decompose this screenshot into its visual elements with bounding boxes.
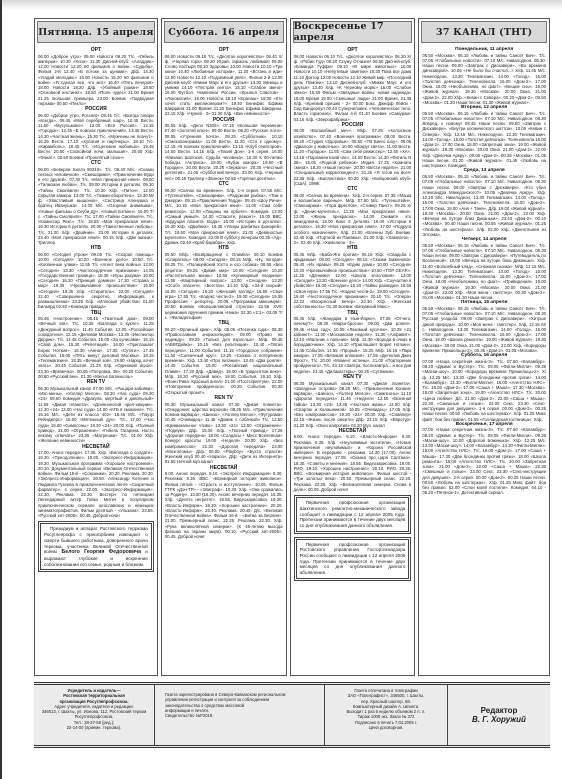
day-header: 37 КАНАЛ (ТНТ) [421, 21, 547, 43]
column-friday: Пятница. 15 апреля ОРТ 06.00 «Доброе утр… [34, 18, 158, 676]
obituary-notice: Президиум и аппарат Ростовского терркома… [38, 521, 154, 572]
column-channel-37-tnt: 37 КАНАЛ (ТНТ) Понедельник, 11 апреля 05… [418, 18, 550, 676]
program-list: 06.20 «Орлиный крик». Х/ф. 08.05 «Песенк… [165, 327, 283, 395]
program-list: 05.50 «Москва». 06.15 «Любовь и тайны Са… [422, 53, 546, 106]
schedule-body: Понедельник, 11 апреля 05.50 «Москва». 0… [419, 45, 549, 496]
printing-line: Цена договорная. [329, 725, 443, 730]
founder-line: 22-14-00 (приемн. теркома). [38, 725, 150, 730]
editor-title: Редактор [481, 706, 518, 715]
program-list: 06.00 «Скачок во времени». Х/ф. 2-я сери… [294, 193, 412, 246]
program-list: 05.50 «Москва». 06.15 «Любовь и тайны Са… [422, 111, 546, 169]
registration-line: Свидетельство №Р2019. [165, 713, 320, 718]
program-list: 06.00 Новости 06.10 Т/с. «Десятое короле… [165, 54, 283, 117]
program-list: 05.50 «Москва». 06.15 «Любовь и тайны Са… [422, 306, 546, 353]
liquidation-notice: Первичная профсоюзная организация Шахтин… [294, 495, 412, 534]
program-list: 05.45 Х/ф. «Жандарм в Нью-Йорке». 07.35 … [294, 316, 412, 374]
founder-info: Учредитель и издатель— Ростовская террит… [34, 685, 155, 745]
registration-info: Газета зарегистрирована в Северо-Кавказс… [155, 685, 325, 745]
program-list: 06.00 «Беверли Хиллз 90210». Т/с. 06.40 … [38, 167, 154, 246]
program-list: 9.00. Анонс передач. 9.10. «Экспресс-Инф… [165, 471, 283, 539]
program-list: 17.00. Анонс передач. 17.05. Х/ф. «Балла… [38, 450, 154, 518]
program-list: 06.30 Музыкальный канал 07.30 «Дикая пла… [294, 381, 412, 428]
program-list: 05.45 М/ф. «Баба-Яга против» 06.15 Х/ф. … [294, 252, 412, 310]
tv-schedule-columns: Пятница. 15 апреля ОРТ 06.00 «Доброе утр… [34, 18, 550, 676]
program-list: 05.50 М/ф. «Возвращение с Олимпа» 06.10 … [165, 252, 283, 320]
program-list: 06.30 Музыкальный канал 07.00 М/с. «Рыца… [38, 386, 154, 444]
program-list: 05.50 «Москва». 06.15 «Любовь и тайны Са… [422, 174, 546, 237]
printing-info: Газета отпечатана в типографии ЗАО «Поли… [325, 685, 448, 745]
program-list: 06.00 «Доброе утро» 09.00 Новости 09.20 … [38, 54, 154, 107]
imprint-footer: Учредитель и издатель— Ростовская террит… [34, 682, 550, 748]
day-header: Суббота. 16 апреля [164, 21, 284, 43]
program-list: 06.00 «Волшебный меч». М/ф. 07.25 «Колхо… [294, 128, 412, 186]
column-saturday: Суббота. 16 апреля ОРТ 06.00 Новости 06.… [161, 18, 287, 676]
program-list: 05.50 «Москва». 06.15 «Любовь и тайны Са… [422, 243, 546, 301]
program-list: 06.00 «Скачок во времени». Х/ф. 1-я сери… [165, 188, 283, 246]
editor-info: Редактор В. Г. Хоружий [448, 685, 550, 745]
liquidation-notice: Первичная профсоюзная организация Ростов… [294, 537, 412, 581]
schedule-body: ОРТ 06.00 Новости 06.10 Т/с. «Десятое ко… [291, 45, 415, 492]
schedule-body: ОРТ 06.00 «Доброе утро» 09.00 Новости 09… [35, 45, 157, 518]
program-list: 06.30 Музыкальный канал 07.30 «Дикая пла… [165, 402, 283, 465]
program-list: 06.00 «Доброе утро, Россия!» 08.45 Т/с. … [38, 113, 154, 160]
column-sunday: Воскресенье 17 апреля ОРТ 06.00 Новости … [290, 18, 416, 676]
page-top-shadow [0, 0, 562, 10]
program-list: 07.00 «Наша секретная жизнь-3». Т/с. 07.… [422, 427, 546, 495]
page-left-edge [0, 0, 2, 779]
newspaper-page: Пятница. 15 апреля ОРТ 06.00 «Доброе утр… [34, 18, 550, 746]
notice-name: Белого Георгия Федоровича [62, 549, 142, 555]
schedule-body: ОРТ 06.00 Новости 06.10 Т/с. «Десятое ко… [162, 45, 286, 539]
day-header: Пятница. 15 апреля [37, 21, 155, 43]
program-list: 07.00 «Наша секретная жизнь-3». Т/с. 07.… [422, 359, 546, 422]
founder-line: 346513, г. Шахты, ул. Ионова, 112, Росто… [38, 709, 150, 720]
program-list: 05.45 «Настроение». 08.45 «Газетный дом»… [38, 316, 154, 379]
editor-name: В. Г. Хоружий [472, 715, 526, 724]
program-list: 06.00 «Сегодня утром» 09.05 Т/с. «Скорая… [38, 252, 154, 310]
program-list: 9.00. Анонс передач. 9.10. «Власть-Инфор… [294, 434, 412, 492]
program-list: 05.55 Х/ф. «Дело N306». 07.15 «Большая п… [165, 123, 283, 181]
day-header: Воскресенье 17 апреля [293, 21, 413, 43]
program-list: 06.00 Новости 06.10 Т/с. «Десятое короле… [294, 54, 412, 122]
